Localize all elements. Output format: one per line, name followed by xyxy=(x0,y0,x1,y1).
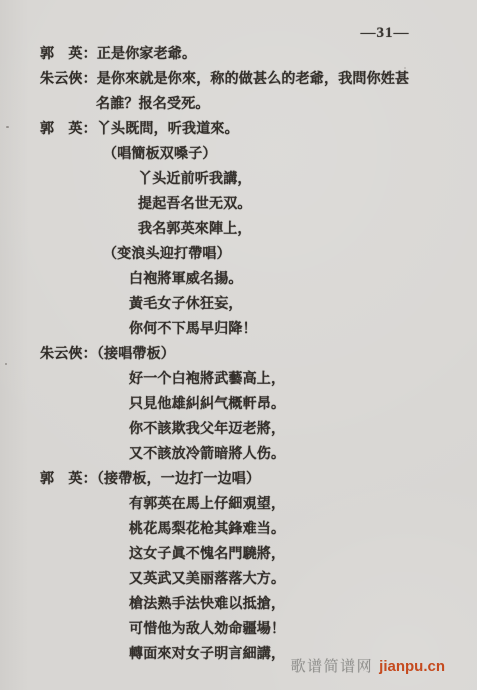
line-text: 只見他雄糾糾气概軒昂。 xyxy=(129,397,285,412)
speaker-name: 朱云俠： xyxy=(40,347,97,362)
script-line: 桃花馬梨花枪其鋒难当。 xyxy=(0,517,477,542)
script-line: 提起吾名世无双。 xyxy=(0,192,477,217)
watermark: 歌谱简谱网jianpu.cn xyxy=(291,658,445,676)
script-line: 郭 英：丫头既問，听我道來。 xyxy=(0,117,477,142)
watermark-site-name: 歌谱简谱网 xyxy=(291,658,374,675)
line-text: 好一个白袍將武藝高上， xyxy=(129,372,285,387)
speaker-name: 郭 英： xyxy=(40,47,97,62)
line-text: 正是你家老爺。 xyxy=(97,47,196,62)
scanned-script-page: —31— 郭 英：正是你家老爺。朱云俠：是你來就是你來，称的做甚么的老爺，我問你… xyxy=(0,0,477,690)
line-text: 丫头既問，听我道來。 xyxy=(97,122,239,137)
line-text: 槍法熟手法快难以抵搶， xyxy=(129,597,285,612)
script-line: 这女子眞不愧名門驍將， xyxy=(0,542,477,567)
script-line: （变浪头迎打帶唱） xyxy=(0,242,477,267)
line-text: 桃花馬梨花枪其鋒难当。 xyxy=(129,522,285,537)
watermark-site-url: jianpu.cn xyxy=(379,658,445,675)
line-text: 提起吾名世无双。 xyxy=(138,197,252,212)
line-text: （接唱帶板） xyxy=(97,347,175,362)
script-line: 又英武又美丽落落大方。 xyxy=(0,567,477,592)
speaker-name: 朱云俠： xyxy=(40,72,97,87)
script-line: 朱云俠：（接唱帶板） xyxy=(0,342,477,367)
line-text: （接帶板，一边打一边唱） xyxy=(97,472,260,487)
script-line: 朱云俠：是你來就是你來，称的做甚么的老爺，我問你姓甚 xyxy=(0,67,477,92)
script-line: 好一个白袍將武藝高上， xyxy=(0,367,477,392)
scan-speck xyxy=(404,67,406,69)
speaker-name: 郭 英： xyxy=(40,472,97,487)
line-text: 又英武又美丽落落大方。 xyxy=(129,572,285,587)
script-line: 槍法熟手法快难以抵搶， xyxy=(0,592,477,617)
line-text: 丫头近前听我講， xyxy=(138,172,252,187)
script-line: （唱簡板双嗓子） xyxy=(0,142,477,167)
line-text: 名誰？报名受死。 xyxy=(96,97,210,112)
script-lines: 郭 英：正是你家老爺。朱云俠：是你來就是你來，称的做甚么的老爺，我問你姓甚名誰？… xyxy=(0,42,477,667)
script-line: 名誰？报名受死。 xyxy=(0,92,477,117)
speaker-name: 郭 英： xyxy=(40,122,97,137)
page-number: —31— xyxy=(350,25,420,42)
line-text: 是你來就是你來，称的做甚么的老爺，我問你姓甚 xyxy=(97,72,409,87)
line-text: 黃毛女子休狂妄， xyxy=(129,297,243,312)
script-line: 只見他雄糾糾气概軒昂。 xyxy=(0,392,477,417)
script-line: 可惜他为敌人効命疆場！ xyxy=(0,617,477,642)
line-text: 这女子眞不愧名門驍將， xyxy=(129,547,285,562)
line-text: （变浪头迎打帶唱） xyxy=(103,247,231,262)
script-line: 你何不下馬早归降！ xyxy=(0,317,477,342)
script-line: 白袍將軍威名揚。 xyxy=(0,267,477,292)
line-text: 我名郭英來陣上， xyxy=(138,222,252,237)
scan-speck xyxy=(5,363,7,365)
line-text: 有郭英在馬上仔細覌望， xyxy=(129,497,285,512)
line-text: 白袍將軍威名揚。 xyxy=(129,272,243,287)
line-text: 轉面來对女子明言細講， xyxy=(129,647,285,662)
script-line: 你不該欺我父年迈老將， xyxy=(0,417,477,442)
script-line: 丫头近前听我講， xyxy=(0,167,477,192)
script-line: 我名郭英來陣上， xyxy=(0,217,477,242)
script-line: 郭 英：（接帶板，一边打一边唱） xyxy=(0,467,477,492)
line-text: （唱簡板双嗓子） xyxy=(103,147,217,162)
line-text: 你何不下馬早归降！ xyxy=(129,322,257,337)
scan-speck xyxy=(6,126,9,128)
line-text: 可惜他为敌人効命疆場！ xyxy=(129,622,285,637)
line-text: 你不該欺我父年迈老將， xyxy=(129,422,285,437)
script-line: 郭 英：正是你家老爺。 xyxy=(0,42,477,67)
script-line: 有郭英在馬上仔細覌望， xyxy=(0,492,477,517)
line-text: 又不該放冷箭暗將人伤。 xyxy=(129,447,285,462)
script-line: 又不該放冷箭暗將人伤。 xyxy=(0,442,477,467)
scan-speck xyxy=(187,648,190,651)
script-line: 黃毛女子休狂妄， xyxy=(0,292,477,317)
